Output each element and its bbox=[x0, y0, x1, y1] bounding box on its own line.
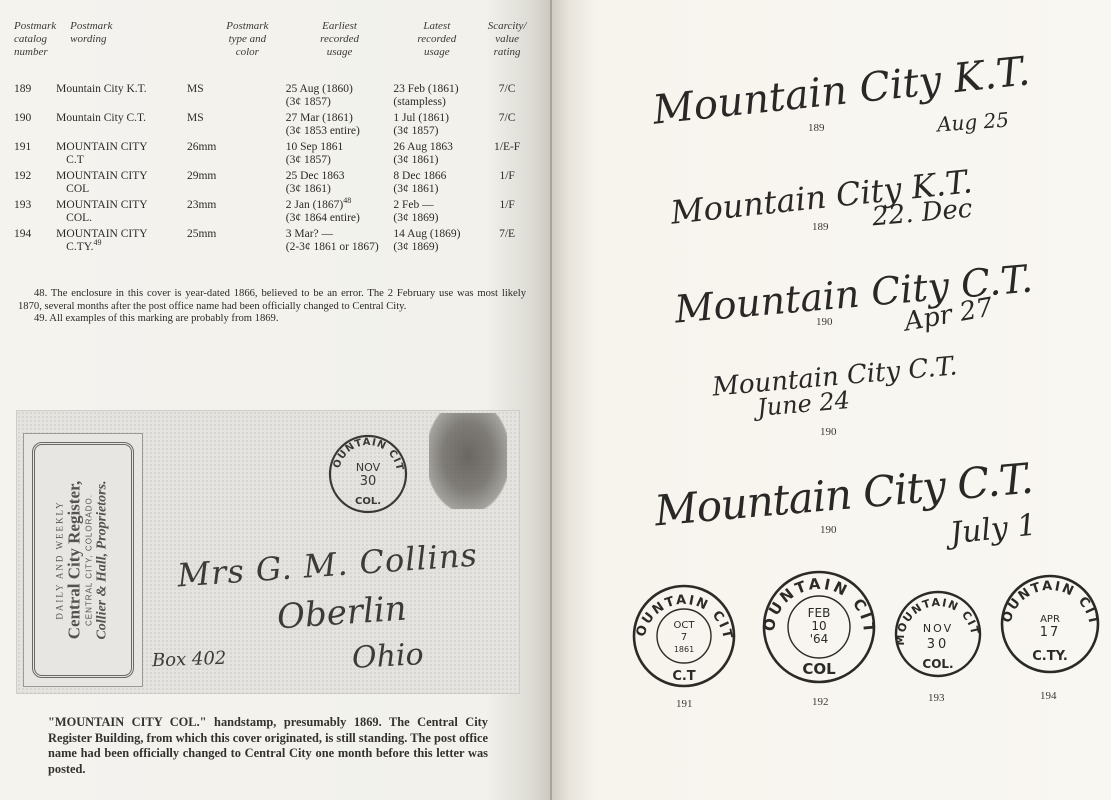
footnote-ref-48: 48 bbox=[343, 196, 351, 205]
svg-text:OCT: OCT bbox=[674, 620, 696, 631]
table-header-row: Postmark catalog number Postmark wording… bbox=[14, 20, 534, 83]
figure-label: 190 bbox=[820, 426, 837, 438]
svg-text:1861: 1861 bbox=[674, 645, 694, 654]
table-row: 192 MOUNTAIN CITYCOL 29mm 25 Dec 1863(3¢… bbox=[14, 170, 534, 199]
svg-text:NOV: NOV bbox=[356, 461, 381, 474]
figure-label: 189 bbox=[808, 122, 825, 134]
figure-label: 190 bbox=[820, 524, 837, 536]
svg-text:NOV: NOV bbox=[923, 622, 953, 635]
table-row: 193 MOUNTAIN CITYCOL. 23mm 2 Jan (1867)4… bbox=[14, 199, 534, 228]
table-row: 191 MOUNTAIN CITYC.T 26mm 10 Sep 1861(3¢… bbox=[14, 141, 534, 170]
svg-text:'64: '64 bbox=[810, 632, 829, 646]
svg-text:30: 30 bbox=[360, 474, 377, 489]
svg-text:7: 7 bbox=[681, 632, 687, 643]
table-row: 190 Mountain City C.T. MS 27 Mar (1861)(… bbox=[14, 112, 534, 141]
postmark-194-icon: MOUNTAIN CITY APR 17 C.TY. bbox=[998, 572, 1102, 676]
address-line-2: Oberlin bbox=[276, 589, 408, 638]
cover-caption: "MOUNTAIN CITY COL." handstamp, presumab… bbox=[48, 715, 488, 777]
header-latest: Latest recorded usage bbox=[393, 20, 480, 83]
figure-label: 191 bbox=[676, 698, 693, 710]
figure-label: 189 bbox=[812, 221, 829, 233]
postmark-191-icon: MOUNTAIN CITY OCT 7 1861 C.T bbox=[630, 582, 738, 690]
address-line-1: Mrs G. M. Collins bbox=[176, 536, 479, 595]
left-page: Postmark catalog number Postmark wording… bbox=[0, 0, 552, 800]
svg-text:APR: APR bbox=[1040, 614, 1060, 625]
postage-stamp-icon bbox=[429, 413, 507, 509]
figure-label: 193 bbox=[928, 692, 945, 704]
header-type: Postmark type and color bbox=[179, 20, 286, 83]
cover-photo: DAILY AND WEEKLY Central City Register, … bbox=[16, 410, 520, 694]
postmark-192-icon: MOUNTAIN CITY FEB 10 '64 COL bbox=[760, 568, 878, 686]
svg-text:COL: COL bbox=[802, 660, 836, 678]
corner-card-advertisement: DAILY AND WEEKLY Central City Register, … bbox=[23, 433, 143, 687]
manuscript-date: Aug 25 bbox=[936, 108, 1009, 137]
svg-text:30: 30 bbox=[927, 637, 950, 652]
postmark-193-icon: MOUNTAIN CITY NOV 30 COL. bbox=[892, 588, 984, 680]
svg-text:COL.: COL. bbox=[355, 496, 381, 507]
figure-label: 190 bbox=[816, 316, 833, 328]
postmark-catalog-table: Postmark catalog number Postmark wording… bbox=[14, 20, 534, 257]
right-page: Mountain City K.T. Aug 25 189 Mountain C… bbox=[552, 0, 1111, 800]
header-rating: Scarcity/ value rating bbox=[480, 20, 534, 83]
footnote-48: 48. The enclosure in this cover is year-… bbox=[18, 288, 526, 313]
svg-text:C.T: C.T bbox=[672, 669, 695, 684]
svg-text:COL.: COL. bbox=[922, 657, 953, 671]
figure-label: 192 bbox=[812, 696, 829, 708]
footnote-ref-49: 49 bbox=[93, 238, 101, 247]
svg-text:10: 10 bbox=[811, 619, 826, 633]
footnote-49: 49. All examples of this marking are pro… bbox=[18, 313, 526, 326]
header-catalog-number: Postmark catalog number bbox=[14, 20, 56, 83]
cover-postmark-icon: MOUNTAIN CITY NOV 30 COL. bbox=[327, 433, 409, 515]
table-row: 194 MOUNTAIN CITYC.TY.49 25mm 3 Mar? —(2… bbox=[14, 228, 534, 257]
address-line-3: Ohio bbox=[351, 637, 424, 676]
manuscript-date: July 1 bbox=[948, 508, 1038, 552]
svg-text:C.TY.: C.TY. bbox=[1032, 649, 1068, 664]
footnotes: 48. The enclosure in this cover is year-… bbox=[18, 288, 526, 326]
svg-text:FEB: FEB bbox=[808, 606, 831, 620]
header-earliest: Earliest recorded usage bbox=[286, 20, 394, 83]
box-note: Box 402 bbox=[152, 648, 227, 672]
svg-text:17: 17 bbox=[1040, 625, 1061, 640]
header-wording: Postmark wording bbox=[56, 20, 179, 83]
table-row: 189 Mountain City K.T. MS 25 Aug (1860)(… bbox=[14, 83, 534, 112]
figure-label: 194 bbox=[1040, 690, 1057, 702]
